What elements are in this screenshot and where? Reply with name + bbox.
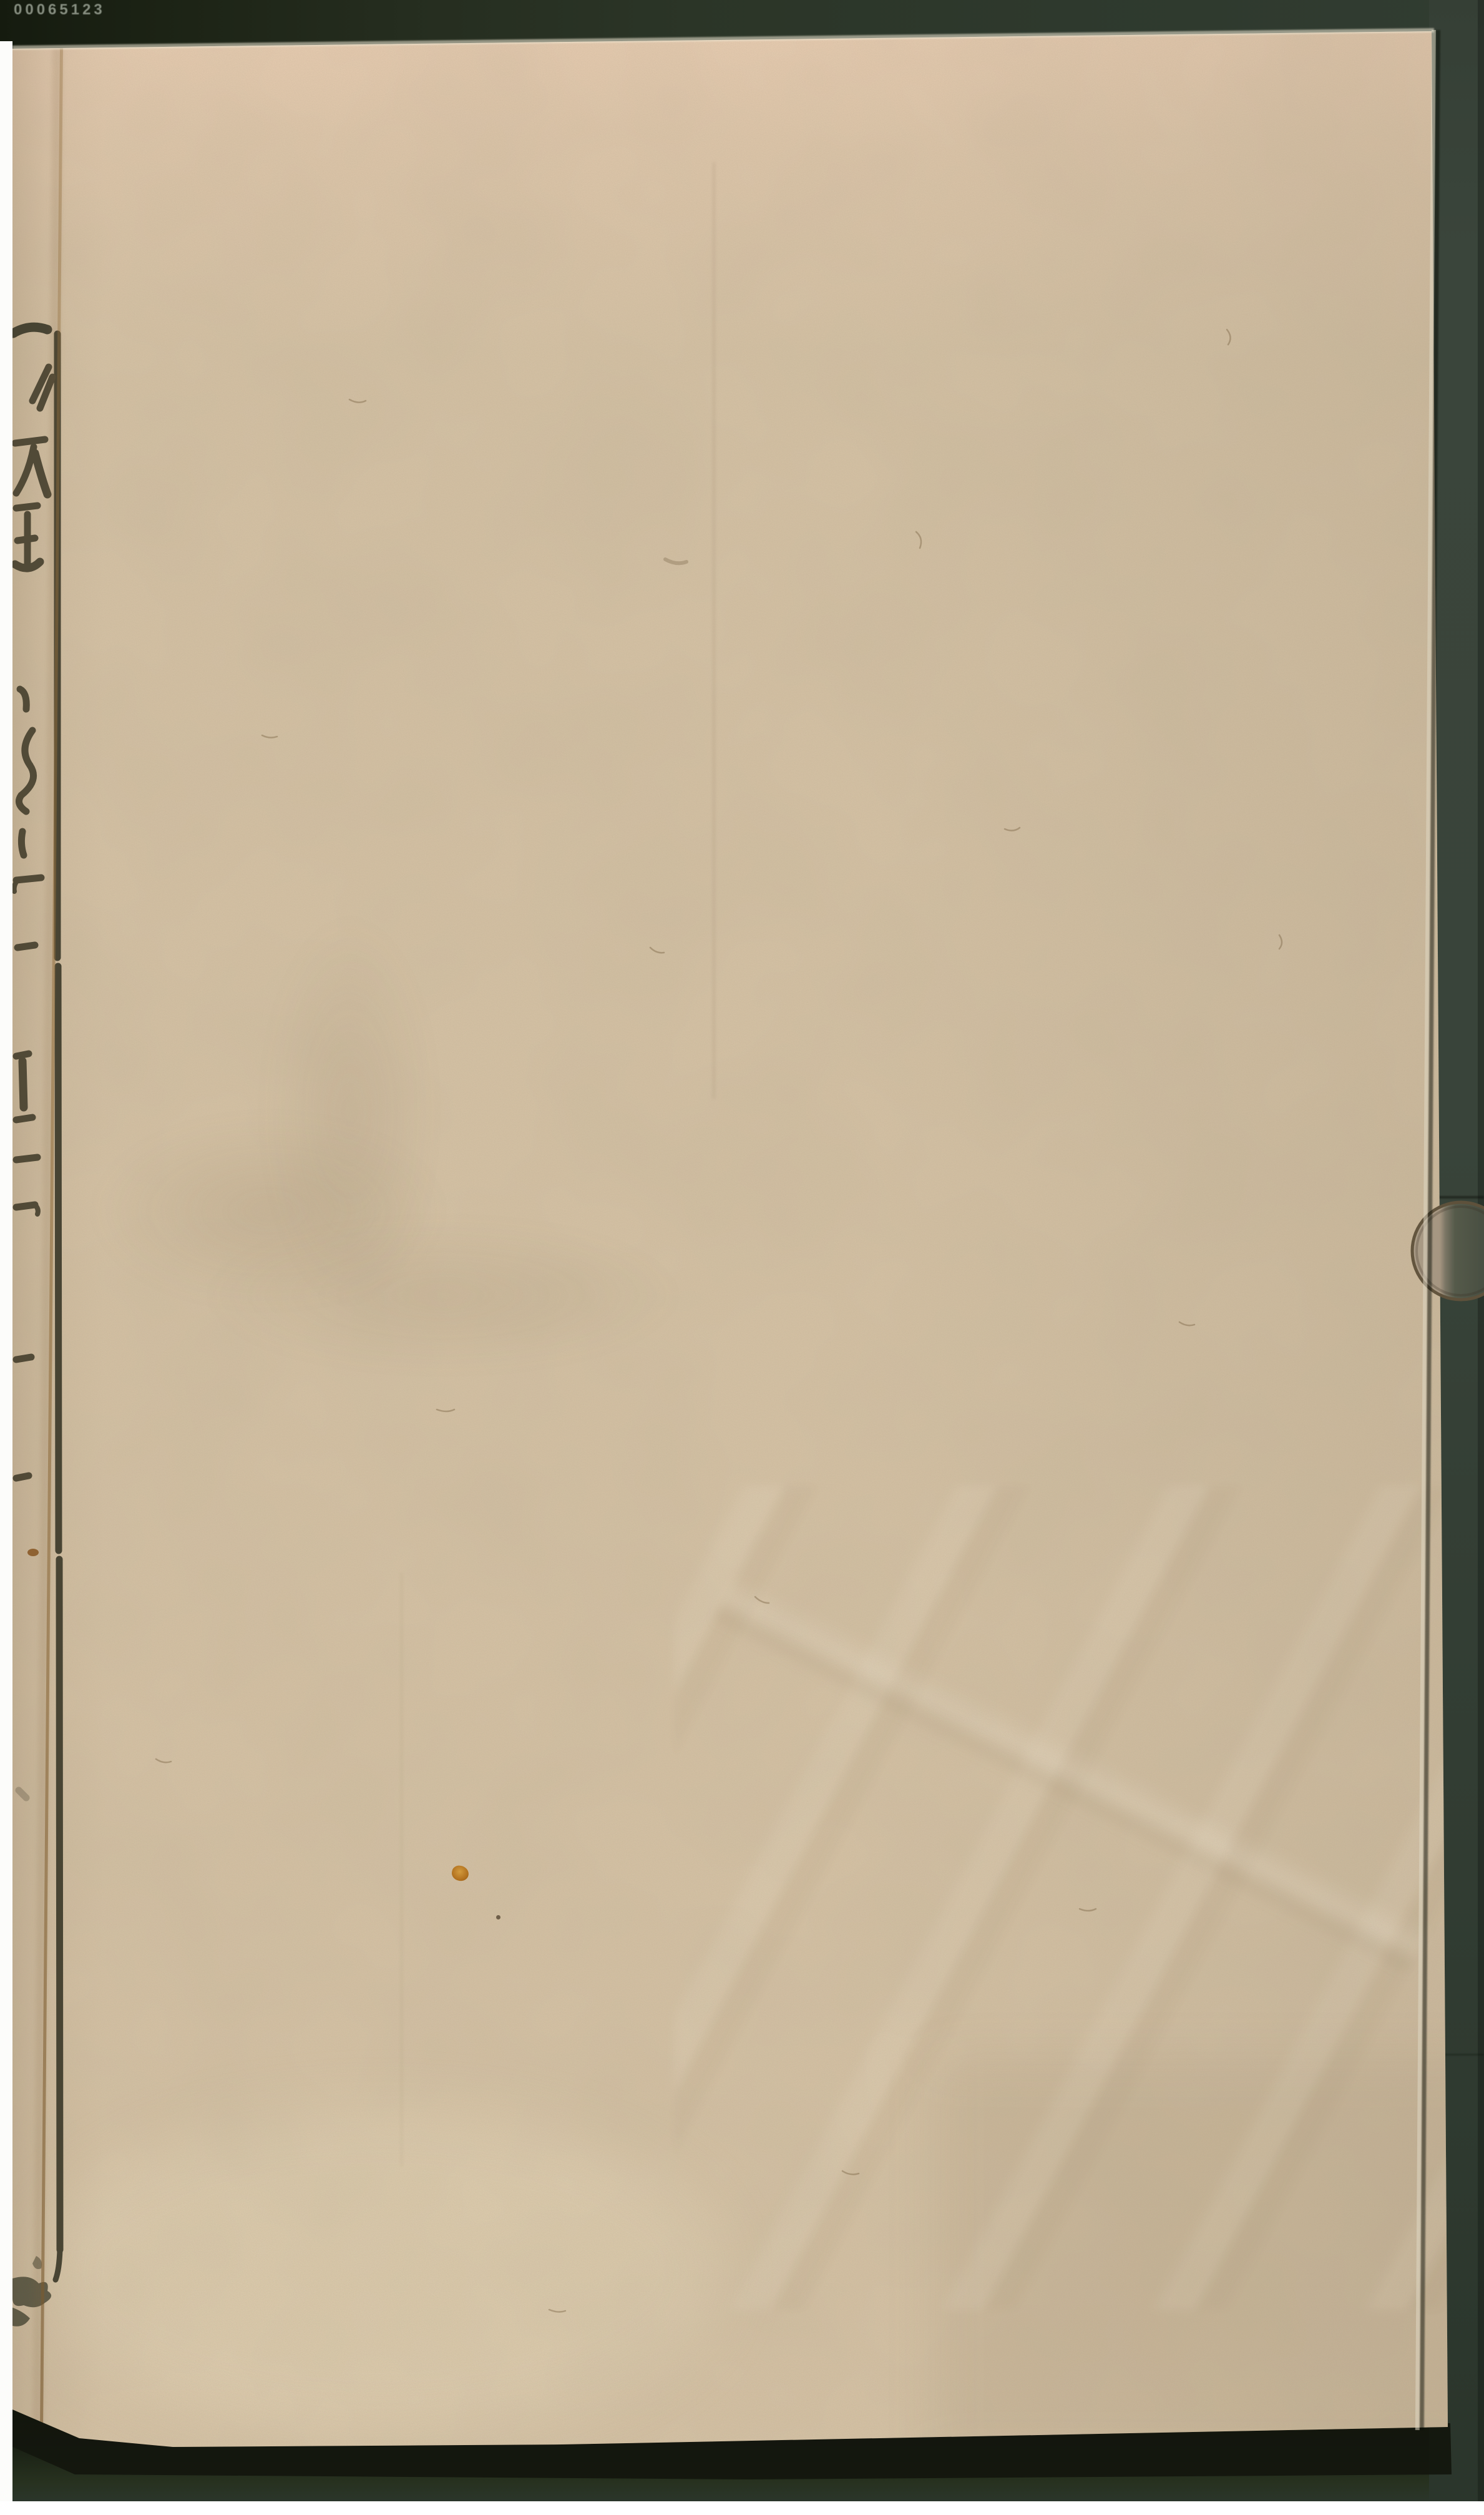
spine-brown-speck bbox=[27, 1549, 39, 1556]
slip-bottom-smudge bbox=[11, 2256, 51, 2326]
paper-fiber-specks bbox=[0, 0, 1484, 2515]
dark-dot-speck bbox=[496, 1915, 500, 1919]
book-page bbox=[0, 0, 1484, 2515]
thumb-notch bbox=[1408, 1198, 1484, 1304]
book-scan-photo: 00065123 bbox=[0, 0, 1484, 2515]
catalog-number: 00065123 bbox=[14, 1, 201, 20]
scan-margin-bottom bbox=[0, 2501, 1484, 2515]
scan-margin-left bbox=[0, 41, 12, 2515]
